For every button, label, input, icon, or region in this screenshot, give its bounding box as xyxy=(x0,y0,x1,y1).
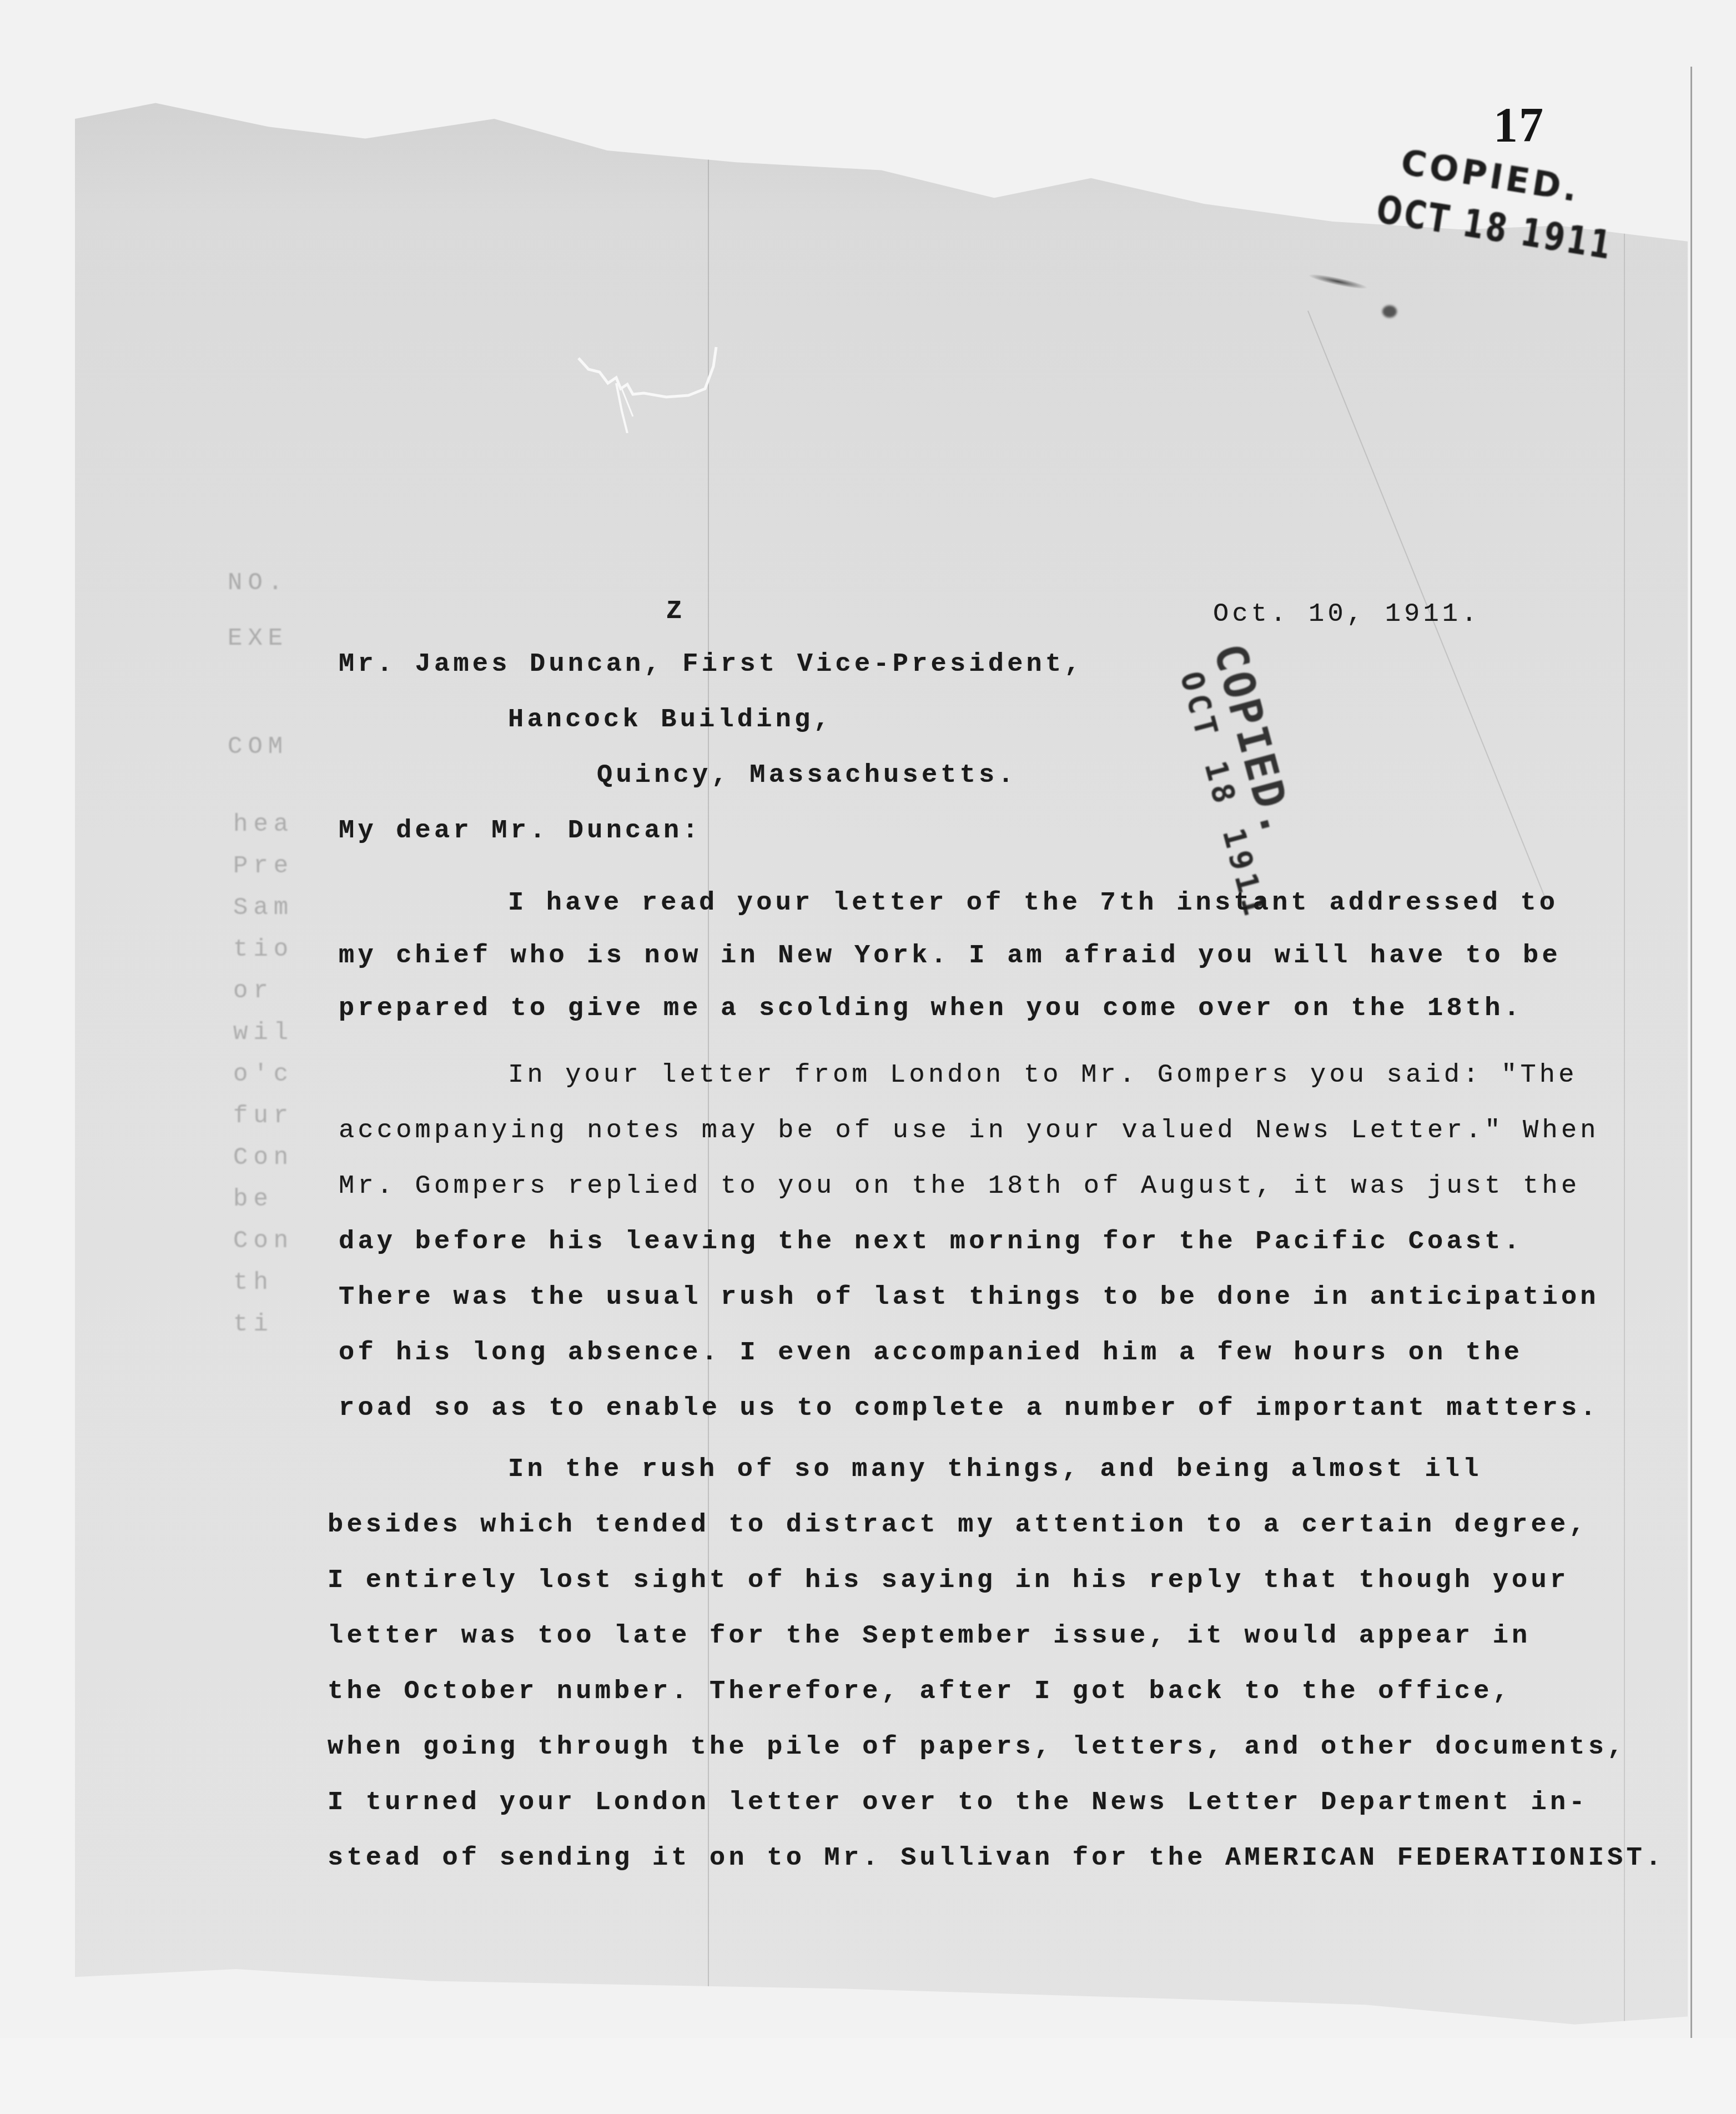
body-line: I entirely lost sight of his saying in h… xyxy=(328,1566,1569,1595)
ghost-margin-text: wil xyxy=(233,1019,294,1047)
body-line: There was the usual rush of last things … xyxy=(339,1283,1599,1312)
body-line: I have read your letter of the 7th insta… xyxy=(508,888,1558,918)
page-number: 17 xyxy=(1493,97,1544,153)
ghost-margin-text: Sam xyxy=(233,894,294,922)
ink-dot xyxy=(1382,305,1397,318)
body-line: of his long absence. I even accompanied … xyxy=(339,1338,1523,1368)
ghost-letterhead-exe: EXE xyxy=(228,625,288,652)
ghost-margin-text: fur xyxy=(233,1102,294,1130)
ghost-margin-text: hea xyxy=(233,811,294,838)
letter-date: Oct. 10, 1911. xyxy=(1213,600,1481,629)
ghost-margin-text: o'c xyxy=(233,1061,294,1088)
ghost-letterhead-com: COM xyxy=(228,733,288,761)
body-line: day before his leaving the next morning … xyxy=(339,1227,1523,1257)
ghost-margin-text: be xyxy=(233,1186,274,1213)
body-line: my chief who is now in New York. I am af… xyxy=(339,941,1561,971)
ghost-margin-text: ti xyxy=(233,1310,274,1338)
recipient-city: Quincy, Massachusetts. xyxy=(597,761,1017,790)
body-line: stead of sending it on to Mr. Sullivan f… xyxy=(328,1844,1664,1873)
ghost-margin-text: or xyxy=(233,977,274,1005)
marker-letter: Z xyxy=(666,597,685,626)
ghost-margin-text: Pre xyxy=(233,852,294,880)
salutation: My dear Mr. Duncan: xyxy=(339,816,702,846)
body-line: accompanying notes may be of use in your… xyxy=(339,1116,1599,1146)
body-line: letter was too late for the September is… xyxy=(328,1621,1531,1651)
sheet-edge xyxy=(1690,67,1692,2043)
body-line: In your letter from London to Mr. Gomper… xyxy=(508,1061,1578,1090)
body-line: when going through the pile of papers, l… xyxy=(328,1733,1627,1762)
body-line: In the rush of so many things, and being… xyxy=(508,1455,1482,1484)
body-line: Mr. Gompers replied to you on the 18th o… xyxy=(339,1172,1580,1201)
paper-scratch-mark xyxy=(555,344,844,433)
ghost-letterhead-no: NO. xyxy=(228,569,288,597)
body-line: I turned your London letter over to the … xyxy=(328,1788,1588,1817)
ghost-margin-text: Con xyxy=(233,1144,294,1172)
body-line: the October number. Therefore, after I g… xyxy=(328,1677,1512,1706)
ghost-margin-text: tio xyxy=(233,936,294,963)
body-line: prepared to give me a scolding when you … xyxy=(339,994,1523,1023)
ghost-margin-text: th xyxy=(233,1269,274,1297)
recipient-name: Mr. James Duncan, First Vice-President, xyxy=(339,650,1084,679)
body-line: road so as to enable us to complete a nu… xyxy=(339,1394,1599,1423)
recipient-building: Hancock Building, xyxy=(508,705,833,735)
body-line: besides which tended to distract my atte… xyxy=(328,1510,1588,1540)
scan-background xyxy=(0,2038,1736,2114)
ghost-margin-text: Con xyxy=(233,1227,294,1255)
